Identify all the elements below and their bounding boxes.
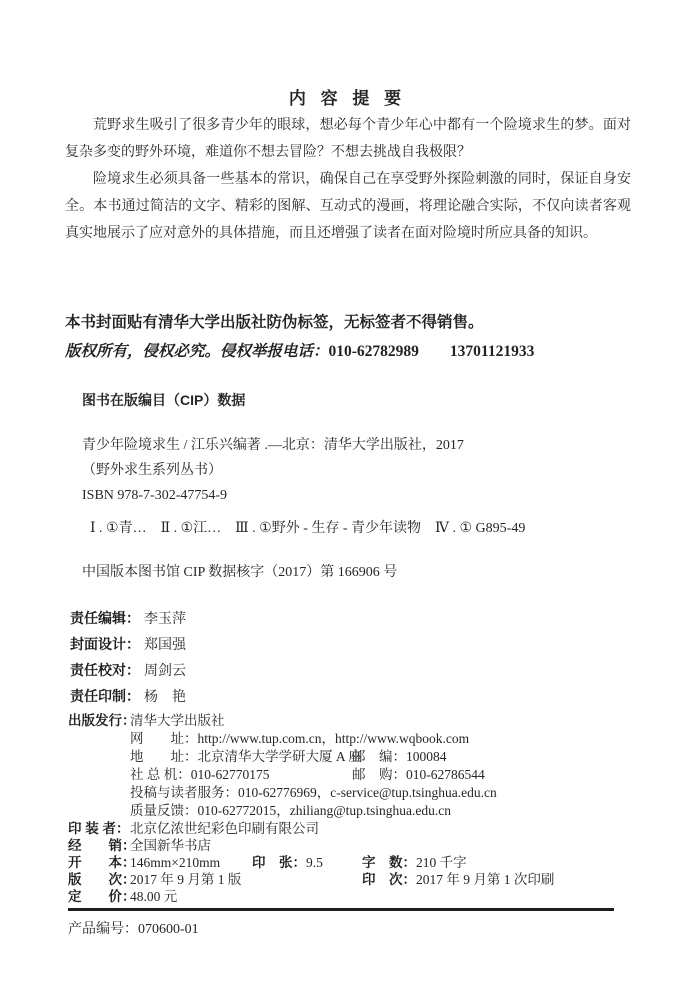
mailorder-number: 010-62786544 xyxy=(406,767,485,782)
sheets-group: 印 张：9.5 xyxy=(252,854,323,871)
sheets-value: 9.5 xyxy=(306,855,323,870)
website-urls: http://www.tup.com.cn，http://www.wqbook.… xyxy=(198,731,470,746)
price-label: 定 价： xyxy=(68,888,136,905)
credit-name: 杨 艳 xyxy=(144,690,186,705)
edition-row: 版 次： 2017 年 9 月第 1 版 印 次：2017 年 9 月第 1 次… xyxy=(0,871,695,888)
mailorder-label: 邮 购： xyxy=(352,767,406,782)
postcode-group: 邮 编：100084 xyxy=(352,748,447,766)
cip-heading: 图书在版编目（CIP）数据 xyxy=(82,390,642,410)
cip-record-number-line: 中国版本图书馆 CIP 数据核字（2017）第 166906 号 xyxy=(82,563,642,583)
credit-row-cover-design: 封面设计：郑国强 xyxy=(70,632,186,658)
mailorder-group: 邮 购：010-62786544 xyxy=(352,766,485,784)
reader-service-label: 投稿与读者服务： xyxy=(130,785,238,800)
publisher-name: 清华大学出版社 xyxy=(130,712,225,730)
switchboard-label: 社 总 机： xyxy=(130,767,191,782)
quality-feedback-label: 质量反馈： xyxy=(130,803,198,818)
divider-rule xyxy=(68,908,614,911)
book-copyright-page: 内 容 提 要 荒野求生吸引了很多青少年的眼球，想必每个青少年心中都有一个险境求… xyxy=(0,0,695,1000)
credit-row-print-supervisor: 责任印制：杨 艳 xyxy=(70,684,186,710)
wordcount-value: 210 千字 xyxy=(416,855,467,870)
website-row: 网 址：http://www.tup.com.cn，http://www.wqb… xyxy=(0,730,695,748)
format-label: 开 本： xyxy=(68,854,136,871)
format-value: 146mm×210mm xyxy=(130,854,220,871)
credit-label: 责任印制： xyxy=(70,688,140,704)
format-row: 开 本： 146mm×210mm 印 张：9.5 字 数：210 千字 xyxy=(0,854,695,871)
cip-series-line: （野外求生系列丛书） xyxy=(82,458,642,483)
switchboard-number: 010-62770175 xyxy=(191,767,270,782)
sheets-label: 印 张： xyxy=(252,855,306,870)
distributor-row: 经 销： 全国新华书店 xyxy=(0,837,695,854)
cip-isbn-line: ISBN 978-7-302-47754-9 xyxy=(82,483,642,508)
product-number-value: 070600-01 xyxy=(138,922,199,937)
credit-row-proofreader: 责任校对：周剑云 xyxy=(70,658,186,684)
publisher-label: 出版发行： xyxy=(68,712,136,730)
summary-paragraph-1: 荒野求生吸引了很多青少年的眼球，想必每个青少年心中都有一个险境求生的梦。面对复杂… xyxy=(65,112,631,166)
credit-name: 郑国强 xyxy=(144,638,186,653)
price-value: 48.00 元 xyxy=(130,888,177,905)
wordcount-group: 字 数：210 千字 xyxy=(362,854,467,871)
content-summary-heading: 内 容 提 要 xyxy=(0,84,695,109)
anti-counterfeit-label-line: 本书封面贴有清华大学出版社防伪标签，无标签者不得销售。 xyxy=(65,308,645,337)
address-group: 地 址：北京清华大学学研大厦 A 座 xyxy=(130,748,362,766)
website-label: 网 址： xyxy=(130,731,198,746)
impression-value: 2017 年 9 月第 1 次印刷 xyxy=(416,872,554,887)
credit-name: 周剑云 xyxy=(144,664,186,679)
reader-service-row: 投稿与读者服务：010-62776969，c-service@tup.tsing… xyxy=(0,784,695,802)
address-row: 地 址：北京清华大学学研大厦 A 座 邮 编：100084 xyxy=(0,748,695,766)
cip-block: 图书在版编目（CIP）数据 青少年险境求生 / 江乐兴编著 .—北京：清华大学出… xyxy=(82,390,642,583)
credit-label: 责任校对： xyxy=(70,662,140,678)
reader-service-group: 投稿与读者服务：010-62776969，c-service@tup.tsing… xyxy=(130,784,497,802)
cip-classification-line: Ⅰ . ①青… Ⅱ . ①江… Ⅲ . ①野外 - 生存 - 青少年读物 Ⅳ .… xyxy=(82,519,642,539)
copyright-warning-line: 版权所有，侵权必究。侵权举报电话：010-62782989 1370112193… xyxy=(65,337,645,366)
distributor-label: 经 销： xyxy=(68,837,136,854)
distributor-name: 全国新华书店 xyxy=(130,837,211,854)
price-row: 定 价： 48.00 元 xyxy=(0,888,695,905)
report-phone-numbers: 010-62782989 13701121933 xyxy=(329,343,535,360)
quality-feedback-row: 质量反馈：010-62772015，zhiliang@tup.tsinghua.… xyxy=(0,802,695,820)
wordcount-label: 字 数： xyxy=(362,855,416,870)
address-value: 北京清华大学学研大厦 A 座 xyxy=(198,749,362,764)
address-label: 地 址： xyxy=(130,749,198,764)
quality-feedback-contact: 010-62772015，zhiliang@tup.tsinghua.edu.c… xyxy=(198,803,452,818)
content-summary: 荒野求生吸引了很多青少年的眼球，想必每个青少年心中都有一个险境求生的梦。面对复杂… xyxy=(65,112,631,247)
impression-group: 印 次：2017 年 9 月第 1 次印刷 xyxy=(362,871,554,888)
printer-row: 印 装 者： 北京亿浓世纪彩色印刷有限公司 xyxy=(0,820,695,837)
publisher-row: 出版发行： 清华大学出版社 xyxy=(0,712,695,730)
credit-label: 责任编辑： xyxy=(70,610,140,626)
staff-credits: 责任编辑：李玉萍 封面设计：郑国强 责任校对：周剑云 责任印制：杨 艳 xyxy=(70,606,186,710)
credit-row-editor: 责任编辑：李玉萍 xyxy=(70,606,186,632)
summary-paragraph-2: 险境求生必须具备一些基本的常识，确保自己在享受野外探险刺激的同时，保证自身安全。… xyxy=(65,166,631,247)
product-number-line: 产品编号：070600-01 xyxy=(68,920,199,940)
postcode-label: 邮 编： xyxy=(352,749,406,764)
reader-service-contact: 010-62776969，c-service@tup.tsinghua.edu.… xyxy=(238,785,497,800)
website-group: 网 址：http://www.tup.com.cn，http://www.wqb… xyxy=(130,730,469,748)
cip-title-line: 青少年险境求生 / 江乐兴编著 .—北京：清华大学出版社，2017 xyxy=(82,433,642,458)
edition-label: 版 次： xyxy=(68,871,136,888)
colophon-block: 出版发行： 清华大学出版社 网 址：http://www.tup.com.cn，… xyxy=(0,712,695,905)
printer-name: 北京亿浓世纪彩色印刷有限公司 xyxy=(130,820,319,837)
credit-name: 李玉萍 xyxy=(144,612,186,627)
switchboard-group: 社 总 机：010-62770175 xyxy=(130,766,270,784)
switchboard-row: 社 总 机：010-62770175 邮 购：010-62786544 xyxy=(0,766,695,784)
edition-value: 2017 年 9 月第 1 版 xyxy=(130,871,241,888)
anti-piracy-notice: 本书封面贴有清华大学出版社防伪标签，无标签者不得销售。 版权所有，侵权必究。侵权… xyxy=(65,308,645,366)
copyright-warning-phrase: 版权所有，侵权必究。侵权举报电话： xyxy=(65,343,329,360)
printer-label: 印 装 者： xyxy=(68,820,130,837)
postcode-value: 100084 xyxy=(406,749,447,764)
quality-feedback-group: 质量反馈：010-62772015，zhiliang@tup.tsinghua.… xyxy=(130,802,451,820)
cip-bibliography: 青少年险境求生 / 江乐兴编著 .—北京：清华大学出版社，2017 （野外求生系… xyxy=(82,433,642,508)
product-number-label: 产品编号： xyxy=(68,922,138,937)
credit-label: 封面设计： xyxy=(70,636,140,652)
impression-label: 印 次： xyxy=(362,872,416,887)
